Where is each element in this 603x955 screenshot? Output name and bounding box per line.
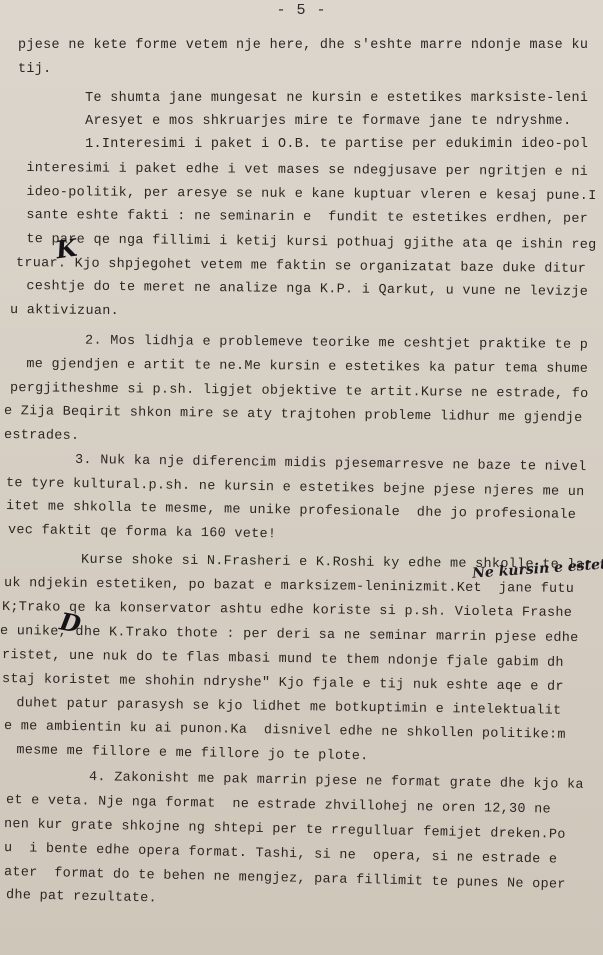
text-line: pjese ne kete forme vetem nje here, dhe … xyxy=(18,38,588,53)
text-line: te pare qe nga fillimi i ketij kursi pot… xyxy=(18,232,597,253)
text-line: itet me shkolla te mesme, me unike profe… xyxy=(6,499,576,523)
text-line: truar. Kjo shpjegohet vetem me faktin se… xyxy=(16,256,586,277)
text-line: 4. Zakonisht me pak marrin pjese ne form… xyxy=(22,769,584,793)
text-line: Te shumta jane mungesat ne kursin e este… xyxy=(18,91,588,106)
text-line: dhe pat rezultate. xyxy=(6,888,157,906)
text-line: e Zija Beqirit shkon mire se aty trajtoh… xyxy=(4,404,583,426)
text-line: e me ambientin ku ai punon.Ka disnivel e… xyxy=(4,719,566,743)
text-line: ristet, une nuk do te flas mbasi mund te… xyxy=(2,648,564,671)
text-line: interesimi i paket edhe i vet mases se n… xyxy=(18,161,588,180)
text-line: ideo-politik, per aresye se nuk e kane k… xyxy=(18,185,597,204)
text-line: 3. Nuk ka nje diferencim midis pjesemarr… xyxy=(8,452,587,475)
text-line: sante eshte fakti : ne seminarin e fundi… xyxy=(18,208,588,227)
correction-mark: K xyxy=(54,233,79,265)
text-line: u aktivizuan. xyxy=(10,303,119,319)
text-line: et e veta. Nje nga format ne estrade zhv… xyxy=(6,793,551,818)
text-line: vec faktit qe forma ka 160 vete! xyxy=(8,523,277,542)
text-line: te tyre kultural.p.sh. ne kursin e estet… xyxy=(6,476,585,500)
text-line: nen kur grate shkojne ng shtepi per te r… xyxy=(4,817,566,843)
text-line: Aresyet e mos shkruarjes mire te formave… xyxy=(18,114,571,129)
page-number: - 5 - xyxy=(0,2,603,19)
text-line: e unike, dhe K.Trako thote : per deri sa… xyxy=(0,624,579,646)
text-line: 1.Interesimi i paket i O.B. te partise p… xyxy=(18,137,588,152)
text-line: ceshtje do te meret ne analize nga K.P. … xyxy=(18,279,588,300)
text-line: me gjendjen e artit te ne.Me kursin e es… xyxy=(18,357,588,377)
text-line: tij. xyxy=(18,62,52,77)
text-line: estrades. xyxy=(4,428,80,444)
text-line: duhet patur parasysh se kjo lidhet me bo… xyxy=(8,696,562,719)
text-line: u i bente edhe opera format. Tashi, si n… xyxy=(4,841,558,868)
text-line: K;Trako qe ka konservator ashtu edhe kor… xyxy=(2,600,572,621)
text-line: 2. Mos lidhja e problemeve teorike me ce… xyxy=(18,333,588,353)
document-page: - 5 - pjese ne kete forme vetem nje here… xyxy=(0,0,603,955)
text-line: pergjitheshme si p.sh. ligjet objektive … xyxy=(10,381,589,402)
text-line: staj koristet me shohin ndryshe" Kjo fja… xyxy=(2,672,564,695)
text-line: mesme me fillore e me fillore jo te plot… xyxy=(8,743,369,764)
text-line: ater format do te behen ne mengjez, para… xyxy=(4,865,566,893)
